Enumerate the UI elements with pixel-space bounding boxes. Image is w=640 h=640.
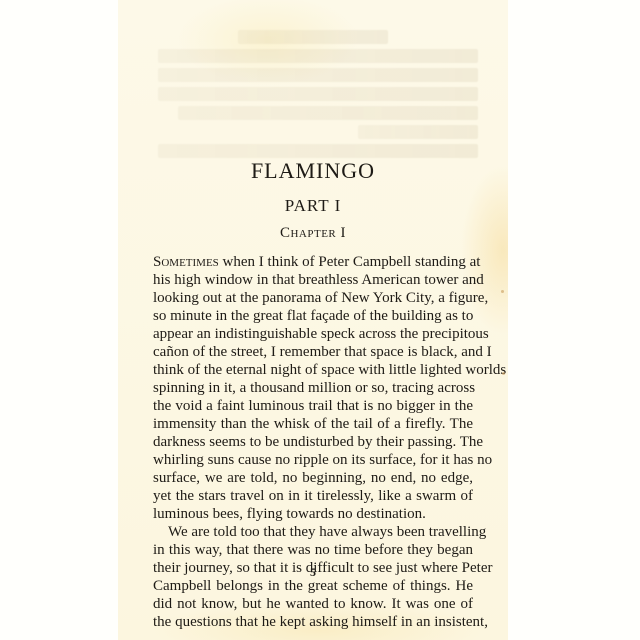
text-line: think of the eternal night of space with… (153, 361, 473, 379)
text-line: spinning in it, a thousand million or so… (153, 379, 473, 397)
text-line: Sometimes when I think of Peter Campbell… (153, 253, 473, 271)
text-line: whirling suns cause no ripple on its sur… (153, 451, 473, 469)
text-line: yet the stars travel on in it tirelessly… (153, 487, 473, 505)
scanned-page-canvas: FLAMINGO PART I Chapter I Sometimes when… (0, 0, 640, 640)
text-line: immensity than the whisk of the tail of … (153, 415, 473, 433)
paper-speck (501, 290, 504, 293)
text-line-paragraph-end: luminous bees, flying towards no destina… (153, 505, 473, 523)
page-number: 5 (118, 565, 508, 580)
book-page: FLAMINGO PART I Chapter I Sometimes when… (118, 0, 508, 640)
text-line: in this way, that there was no time befo… (153, 541, 473, 559)
text-line: darkness seems to be undisturbed by thei… (153, 433, 473, 451)
part-heading: PART I (118, 196, 508, 216)
text-line: looking out at the panorama of New York … (153, 289, 473, 307)
show-through-from-reverse (148, 30, 478, 163)
opening-word: Sometimes (153, 254, 219, 270)
text-line: surface, we are told, no beginning, no e… (153, 469, 473, 487)
text-line-paragraph-start: We are told too that they have always be… (153, 523, 473, 541)
text-line: the questions that he kept asking himsel… (153, 613, 473, 631)
text-line: so minute in the great flat façade of th… (153, 307, 473, 325)
chapter-heading: Chapter I (118, 225, 508, 242)
text-line: appear an indistinguishable speck across… (153, 325, 473, 343)
text-line: the void a faint luminous trail that is … (153, 397, 473, 415)
text-line: his high window in that breathless Ameri… (153, 271, 473, 289)
text-line: cañon of the street, I remember that spa… (153, 343, 473, 361)
book-title: FLAMINGO (118, 158, 508, 184)
text-line: did not know, but he wanted to know. It … (153, 595, 473, 613)
paper-speck (502, 372, 505, 375)
